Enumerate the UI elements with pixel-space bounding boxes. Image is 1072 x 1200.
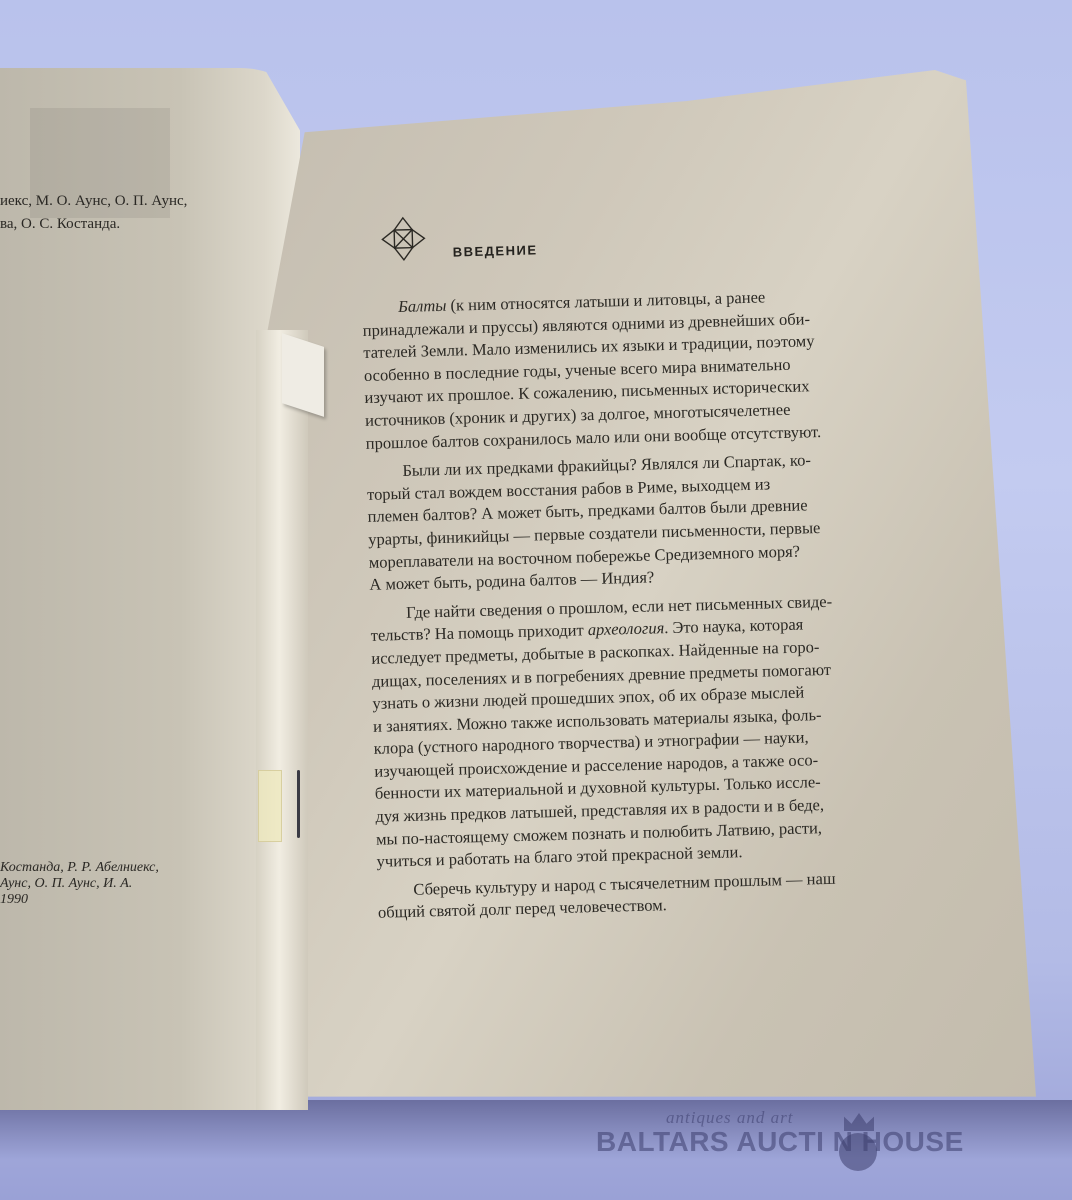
introduction-text: ВВЕДЕНИЕ Балты (к ним относятся латыши и… — [360, 210, 958, 925]
paragraphs: Балты (к ним относятся латыши и литовцы,… — [362, 282, 958, 925]
section-heading: ВВЕДЕНИЕ — [453, 242, 538, 259]
book-gutter — [256, 330, 308, 1110]
staple — [297, 770, 300, 838]
left-text-line: иекс, М. О. Аунс, О. П. Аунс, — [0, 190, 187, 213]
watermark-name: BALTARS AUCTI N HOUSE — [596, 1126, 964, 1158]
emphasized-term: археология — [588, 618, 665, 639]
eight-pointed-star-icon — [380, 215, 427, 262]
left-page-authors: иекс, М. О. Аунс, О. П. Аунс, ва, О. С. … — [0, 190, 187, 236]
left-text-line: Аунс, О. П. Аунс, И. А. — [0, 876, 159, 892]
paragraph: Где найти сведения о прошлом, если нет п… — [370, 587, 957, 873]
left-text-line: Костанда, Р. Р. Абелниекс, — [0, 860, 159, 876]
paragraph: Балты (к ним относятся латыши и литовцы,… — [362, 282, 946, 455]
emphasized-term: Балты — [398, 296, 447, 316]
watermark: antiques and art BALTARS AUCTI N HOUSE — [596, 1108, 996, 1168]
left-text-line: ва, О. С. Костанда. — [0, 213, 187, 236]
left-page-imprint: Костанда, Р. Р. Абелниекс, Аунс, О. П. А… — [0, 860, 159, 908]
left-text-line: 1990 — [0, 892, 159, 908]
watermark-tagline: antiques and art — [666, 1108, 793, 1128]
torn-paper-tab — [282, 333, 324, 417]
adhesive-tape — [258, 770, 282, 842]
paragraph: Были ли их предками фракийцы? Являлся ли… — [366, 446, 949, 597]
